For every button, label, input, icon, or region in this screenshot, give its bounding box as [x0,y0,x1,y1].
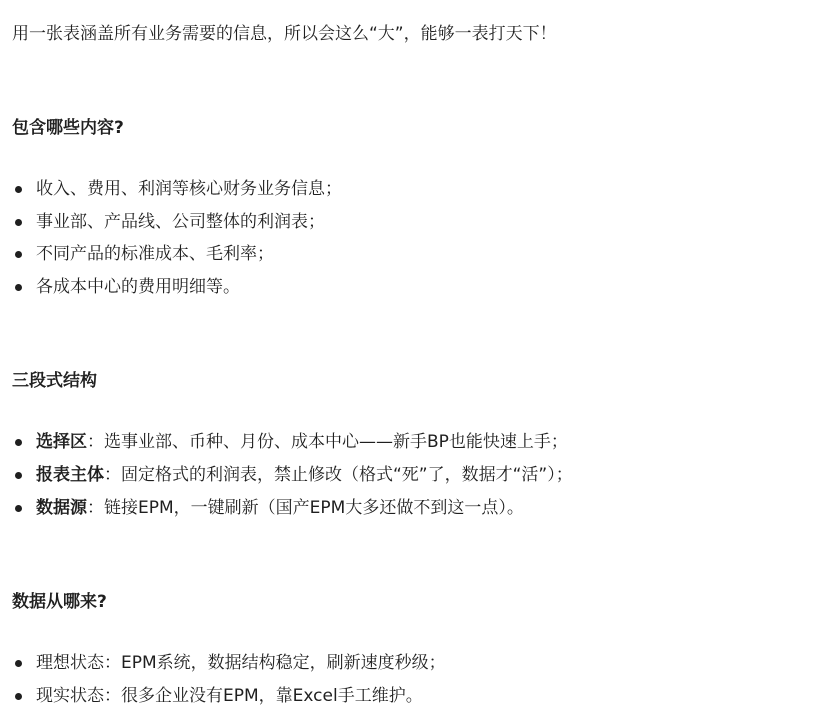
bullet-icon [15,186,22,193]
list-item-text: 不同产品的标准成本、毛利率； [36,244,274,264]
section-heading-structure: 三段式结构 [12,369,97,393]
bullet-icon [15,439,22,446]
list-item-text: ：链接EPM，一键刷新（国产EPM大多还做不到这一点）。 [87,498,524,518]
list-item: 不同产品的标准成本、毛利率； [12,242,274,266]
list-item-text: ：选事业部、币种、月份、成本中心——新手BP也能快速上手； [87,432,568,452]
bullet-icon [15,251,22,258]
bullet-icon [15,505,22,512]
list-item-text: 现实状态：很多企业没有EPM，靠Excel手工维护。 [36,686,423,706]
list-item-text: 事业部、产品线、公司整体的利润表； [36,212,325,232]
intro-paragraph: 用一张表涵盖所有业务需要的信息，所以会这么“大”，能够一表打天下！ [12,22,557,46]
list-item: 各成本中心的费用明细等。 [12,275,240,299]
list-item-text: ：固定格式的利润表，禁止修改（格式“死”了，数据才“活”）； [104,465,573,485]
list-item-text: 各成本中心的费用明细等。 [36,277,240,297]
bullet-icon [15,284,22,291]
section-heading-data-source: 数据从哪来? [12,590,107,614]
list-item: 报表主体：固定格式的利润表，禁止修改（格式“死”了，数据才“活”）； [12,463,573,487]
bullet-icon [15,472,22,479]
list-item-label: 报表主体 [36,465,104,485]
bullet-icon [15,219,22,226]
list-item: 数据源：链接EPM，一键刷新（国产EPM大多还做不到这一点）。 [12,496,524,520]
bullet-icon [15,660,22,667]
list-item-text: 理想状态：EPM系统，数据结构稳定，刷新速度秒级； [36,653,446,673]
list-item: 选择区：选事业部、币种、月份、成本中心——新手BP也能快速上手； [12,430,568,454]
list-item: 现实状态：很多企业没有EPM，靠Excel手工维护。 [12,684,423,708]
list-item: 事业部、产品线、公司整体的利润表； [12,210,325,234]
list-item: 理想状态：EPM系统，数据结构稳定，刷新速度秒级； [12,651,446,675]
list-item-label: 数据源 [36,498,87,518]
list-item: 收入、费用、利润等核心财务业务信息； [12,177,342,201]
list-item-label: 选择区 [36,432,87,452]
section-heading-contents: 包含哪些内容? [12,116,124,140]
bullet-icon [15,693,22,700]
list-item-text: 收入、费用、利润等核心财务业务信息； [36,179,342,199]
